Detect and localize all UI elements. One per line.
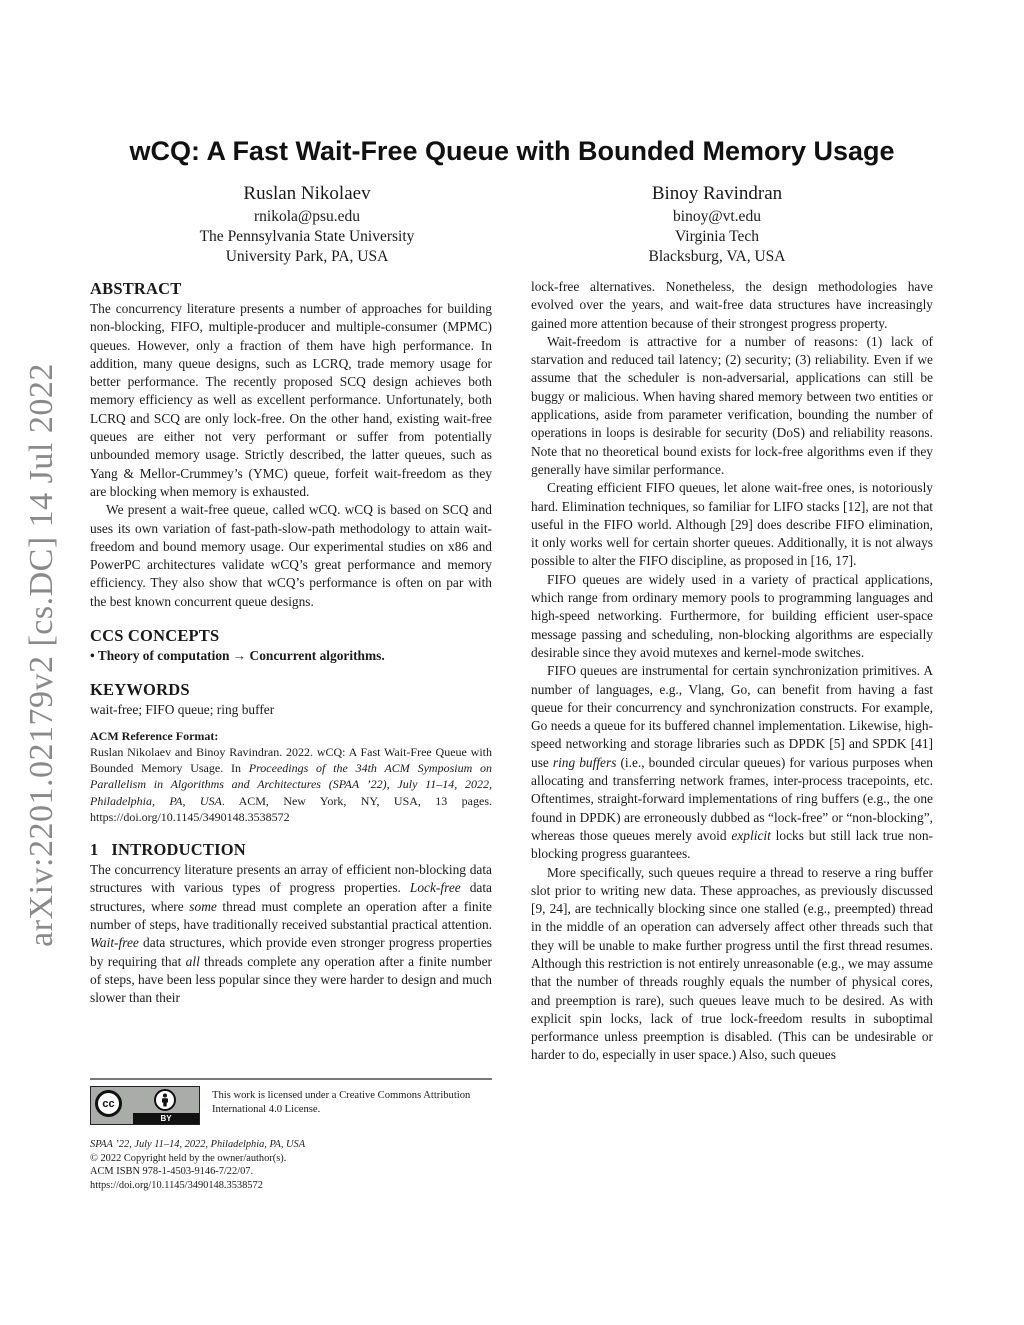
ccs-concepts: • Theory of computation → Concurrent alg…: [90, 647, 492, 665]
paper-title: wCQ: A Fast Wait-Free Queue with Bounded…: [0, 136, 1024, 167]
license-block: cc BY This work is licensed under a Crea…: [90, 1078, 492, 1192]
right-column: lock-free alternatives. Nonetheless, the…: [531, 278, 933, 1065]
intro-paragraph-4: FIFO queues are widely used in a variety…: [531, 571, 933, 662]
attribution-person-icon: [154, 1089, 176, 1111]
introduction-heading: 1 INTRODUCTION: [90, 839, 492, 861]
author-location: University Park, PA, USA: [157, 247, 457, 267]
author-name: Binoy Ravindran: [567, 182, 867, 206]
ccs-heading: CCS CONCEPTS: [90, 625, 492, 647]
intro-paragraph-5: FIFO queues are instrumental for certain…: [531, 662, 933, 863]
author-block-2: Binoy Ravindran binoy@vt.edu Virginia Te…: [567, 182, 867, 267]
author-location: Blacksburg, VA, USA: [567, 247, 867, 267]
author-affiliation: Virginia Tech: [567, 227, 867, 247]
publication-info: SPAA ’22, July 11–14, 2022, Philadelphia…: [90, 1138, 492, 1192]
doi-link[interactable]: https://doi.org/10.1145/3490148.3538572: [90, 1179, 492, 1193]
copyright-line: © 2022 Copyright held by the owner/autho…: [90, 1152, 492, 1166]
abstract-heading: ABSTRACT: [90, 278, 492, 300]
arxiv-stamp-text: arXiv:2201.02179v2 [cs.DC] 14 Jul 2022: [23, 363, 61, 947]
author-email: rnikola@psu.edu: [157, 207, 457, 227]
author-name: Ruslan Nikolaev: [157, 182, 457, 206]
cc-by-badge-icon: cc BY: [90, 1086, 200, 1125]
author-affiliation: The Pennsylvania State University: [157, 227, 457, 247]
license-divider: [90, 1078, 492, 1080]
keywords-heading: KEYWORDS: [90, 679, 492, 701]
abstract-paragraph-1: The concurrency literature presents a nu…: [90, 300, 492, 501]
acm-reference-heading: ACM Reference Format:: [90, 728, 492, 744]
intro-paragraph-1: The concurrency literature presents an a…: [90, 861, 492, 1007]
isbn-line: ACM ISBN 978-1-4503-9146-7/22/07.: [90, 1165, 492, 1179]
intro-paragraph-3: Creating efficient FIFO queues, let alon…: [531, 479, 933, 570]
keywords-list: wait-free; FIFO queue; ring buffer: [90, 701, 492, 719]
cc-icon: cc: [95, 1090, 122, 1117]
arxiv-stamp: arXiv:2201.02179v2 [cs.DC] 14 Jul 2022: [12, 360, 72, 950]
intro-paragraph-6: More specifically, such queues require a…: [531, 864, 933, 1065]
intro-paragraph-2: Wait-freedom is attractive for a number …: [531, 333, 933, 479]
left-column: ABSTRACT The concurrency literature pres…: [90, 278, 492, 1008]
acm-reference-text: Ruslan Nikolaev and Binoy Ravindran. 202…: [90, 744, 492, 825]
by-label: BY: [133, 1113, 199, 1124]
publication-venue: SPAA ’22, July 11–14, 2022, Philadelphia…: [90, 1138, 492, 1152]
abstract-paragraph-2: We present a wait-free queue, called wCQ…: [90, 501, 492, 611]
license-text: This work is licensed under a Creative C…: [212, 1089, 492, 1117]
intro-paragraph-1-continued: lock-free alternatives. Nonetheless, the…: [531, 278, 933, 333]
author-block-1: Ruslan Nikolaev rnikola@psu.edu The Penn…: [157, 182, 457, 267]
author-email: binoy@vt.edu: [567, 207, 867, 227]
